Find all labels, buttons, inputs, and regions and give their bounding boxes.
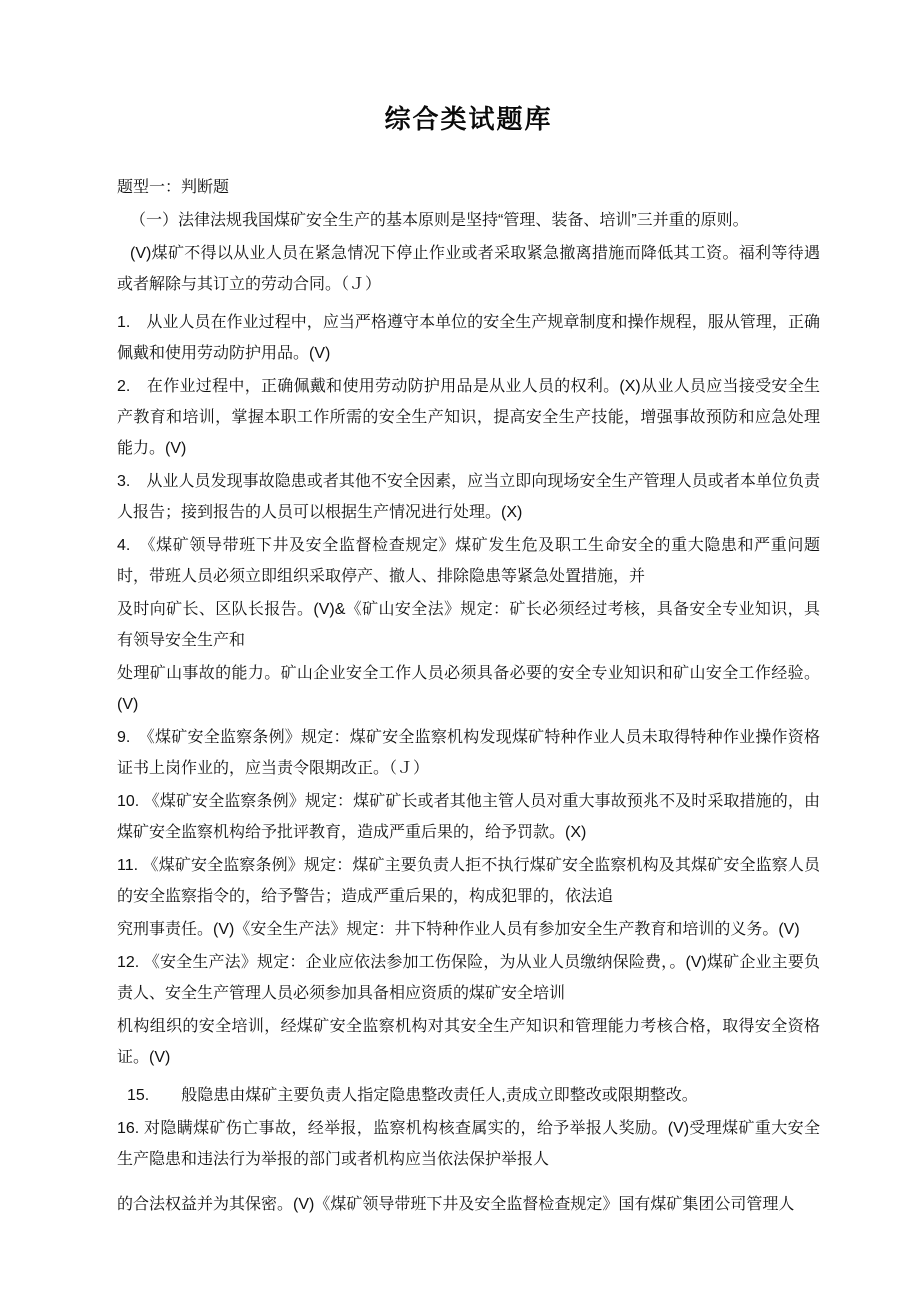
- doc-paragraph: 1. 从业人员在作业过程中，应当严格遵守本单位的安全生产规章制度和操作规程，服从…: [117, 307, 820, 369]
- doc-paragraph: 16. 对隐瞒煤矿伤亡事故，经举报，监察机构核查属实的，给予举报人奖励。(V)受…: [117, 1113, 820, 1175]
- section-heading: 题型一：判断题: [117, 172, 820, 203]
- document-page: 综合类试题库 题型一：判断题 （一）法律法规我国煤矿安全生产的基本原则是坚持“管…: [0, 0, 920, 1304]
- doc-paragraph: 15. 般隐患由煤矿主要负责人指定隐患整改责任人,责成立即整改或限期整改。: [117, 1080, 820, 1111]
- doc-paragraph: 12. 《安全生产法》规定：企业应依法参加工伤保险，为从业人员缴纳保险费，。(V…: [117, 947, 820, 1009]
- doc-paragraph: 处理矿山事故的能力。矿山企业安全工作人员必须具备必要的安全专业知识和矿山安全工作…: [117, 658, 820, 720]
- doc-paragraph: 4. 《煤矿领导带班下井及安全监督检查规定》煤矿发生危及职工生命安全的重大隐患和…: [117, 530, 820, 592]
- doc-paragraph: 机构组织的安全培训，经煤矿安全监察机构对其安全生产知识和管理能力考核合格，取得安…: [117, 1011, 820, 1073]
- doc-paragraph: 2. 在作业过程中，正确佩戴和使用劳动防护用品是从业人员的权利。(X)从业人员应…: [117, 371, 820, 464]
- doc-paragraph: 3. 从业人员发现事故隐患或者其他不安全因素，应当立即向现场安全生产管理人员或者…: [117, 466, 820, 528]
- doc-paragraph: 的合法权益并为其保密。(V)《煤矿领导带班下井及安全监督检查规定》国有煤矿集团公…: [117, 1189, 820, 1220]
- doc-paragraph: （一）法律法规我国煤矿安全生产的基本原则是坚持“管理、装备、培训”三并重的原则。: [117, 205, 820, 236]
- doc-paragraph: 9. 《煤矿安全监察条例》规定：煤矿安全监察机构发现煤矿特种作业人员未取得特种作…: [117, 722, 820, 784]
- doc-paragraph: (V)煤矿不得以从业人员在紧急情况下停止作业或者采取紧急撤离措施而降低其工资。福…: [117, 238, 820, 300]
- doc-paragraph: 究刑事责任。(V)《安全生产法》规定：井下特种作业人员有参加安全生产教育和培训的…: [117, 914, 820, 945]
- document-title: 综合类试题库: [117, 100, 820, 138]
- doc-paragraph: 10. 《煤矿安全监察条例》规定：煤矿矿长或者其他主管人员对重大事故预兆不及时采…: [117, 786, 820, 848]
- doc-paragraph: 及时向矿长、区队长报告。(V)&《矿山安全法》规定：矿长必须经过考核，具备安全专…: [117, 594, 820, 656]
- doc-paragraph: 11. 《煤矿安全监察条例》规定：煤矿主要负责人拒不执行煤矿安全监察机构及其煤矿…: [117, 850, 820, 912]
